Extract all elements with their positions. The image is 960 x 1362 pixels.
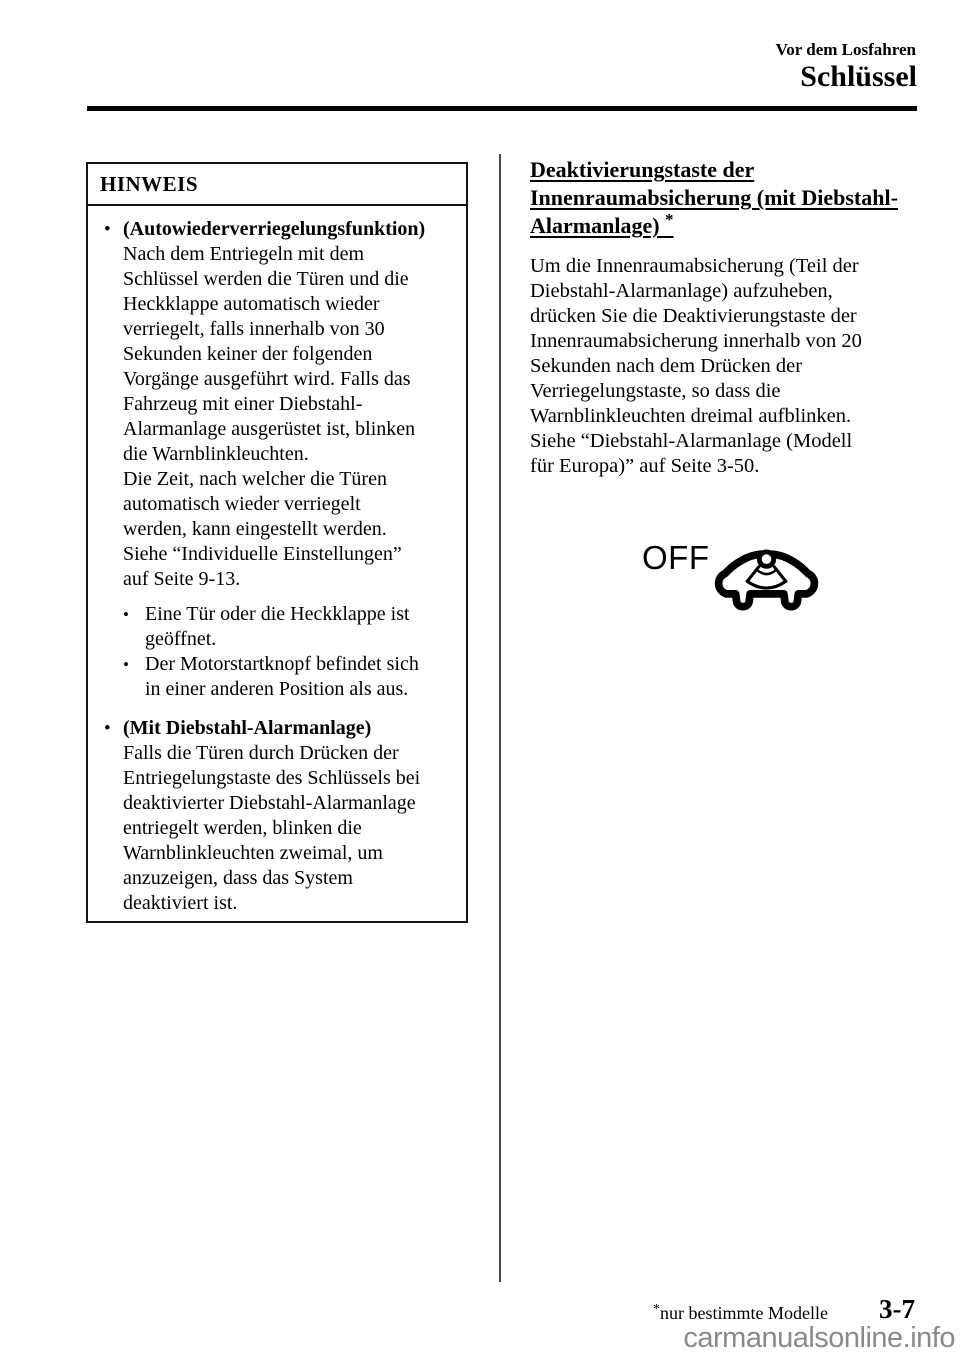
manual-page: Vor dem Losfahren Schlüssel HINWEIS • (A… — [0, 0, 960, 1362]
section-paragraph: Um die Innenraumabsicherung (Teil der Di… — [530, 254, 955, 479]
asterisk-footnote-marker: * — [653, 1302, 660, 1317]
bullet-icon: • — [123, 652, 145, 677]
footnote: *nur bestimmte Modelle — [653, 1303, 828, 1324]
page-number: 3-7 — [879, 1294, 915, 1325]
asterisk-footnote-marker: * — [665, 210, 674, 229]
note-subitem: • Eine Tür oder die Heckklappe ist geöff… — [123, 602, 462, 652]
note-subitems: • Eine Tür oder die Heckklappe ist geöff… — [123, 602, 462, 702]
bullet-icon: • — [104, 716, 123, 741]
car-intrusion-sensor-icon — [711, 535, 823, 617]
intrusion-sensor-off-figure: OFF — [642, 535, 955, 617]
header-rule — [87, 106, 917, 111]
section-heading: Deaktivierungstaste der Innenraumabsiche… — [530, 156, 955, 240]
note-item-body: Nach dem Entriegeln mit dem Schlüssel we… — [123, 242, 462, 592]
page-title: Schlüssel — [800, 60, 917, 94]
right-column: Deaktivierungstaste der Innenraumabsiche… — [530, 156, 955, 617]
watermark: carmanualsonline.info — [683, 1322, 955, 1355]
note-item-auto-relock: • (Autowiederverriegelungsfunktion) Nach… — [104, 217, 462, 703]
bullet-icon: • — [123, 602, 145, 627]
bullet-icon: • — [104, 217, 123, 242]
note-item-title: (Mit Diebstahl-Alarmanlage) — [123, 716, 462, 741]
note-box-header: HINWEIS — [88, 164, 466, 206]
column-divider — [499, 154, 501, 1282]
off-label: OFF — [642, 541, 709, 574]
note-item-title: (Autowiederverriegelungsfunktion) — [123, 217, 462, 242]
note-item-body: Falls die Türen durch Drücken der Entrie… — [123, 741, 462, 916]
note-box-body: • (Autowiederverriegelungsfunktion) Nach… — [88, 206, 466, 916]
note-subitem: • Der Motorstartknopf befindet sich in e… — [123, 652, 462, 702]
section-eyebrow: Vor dem Losfahren — [776, 40, 916, 60]
hinweis-note-box: HINWEIS • (Autowiederverriegelungsfunkti… — [86, 162, 468, 923]
note-item-theft-alarm: • (Mit Diebstahl-Alarmanlage) Falls die … — [104, 716, 462, 916]
